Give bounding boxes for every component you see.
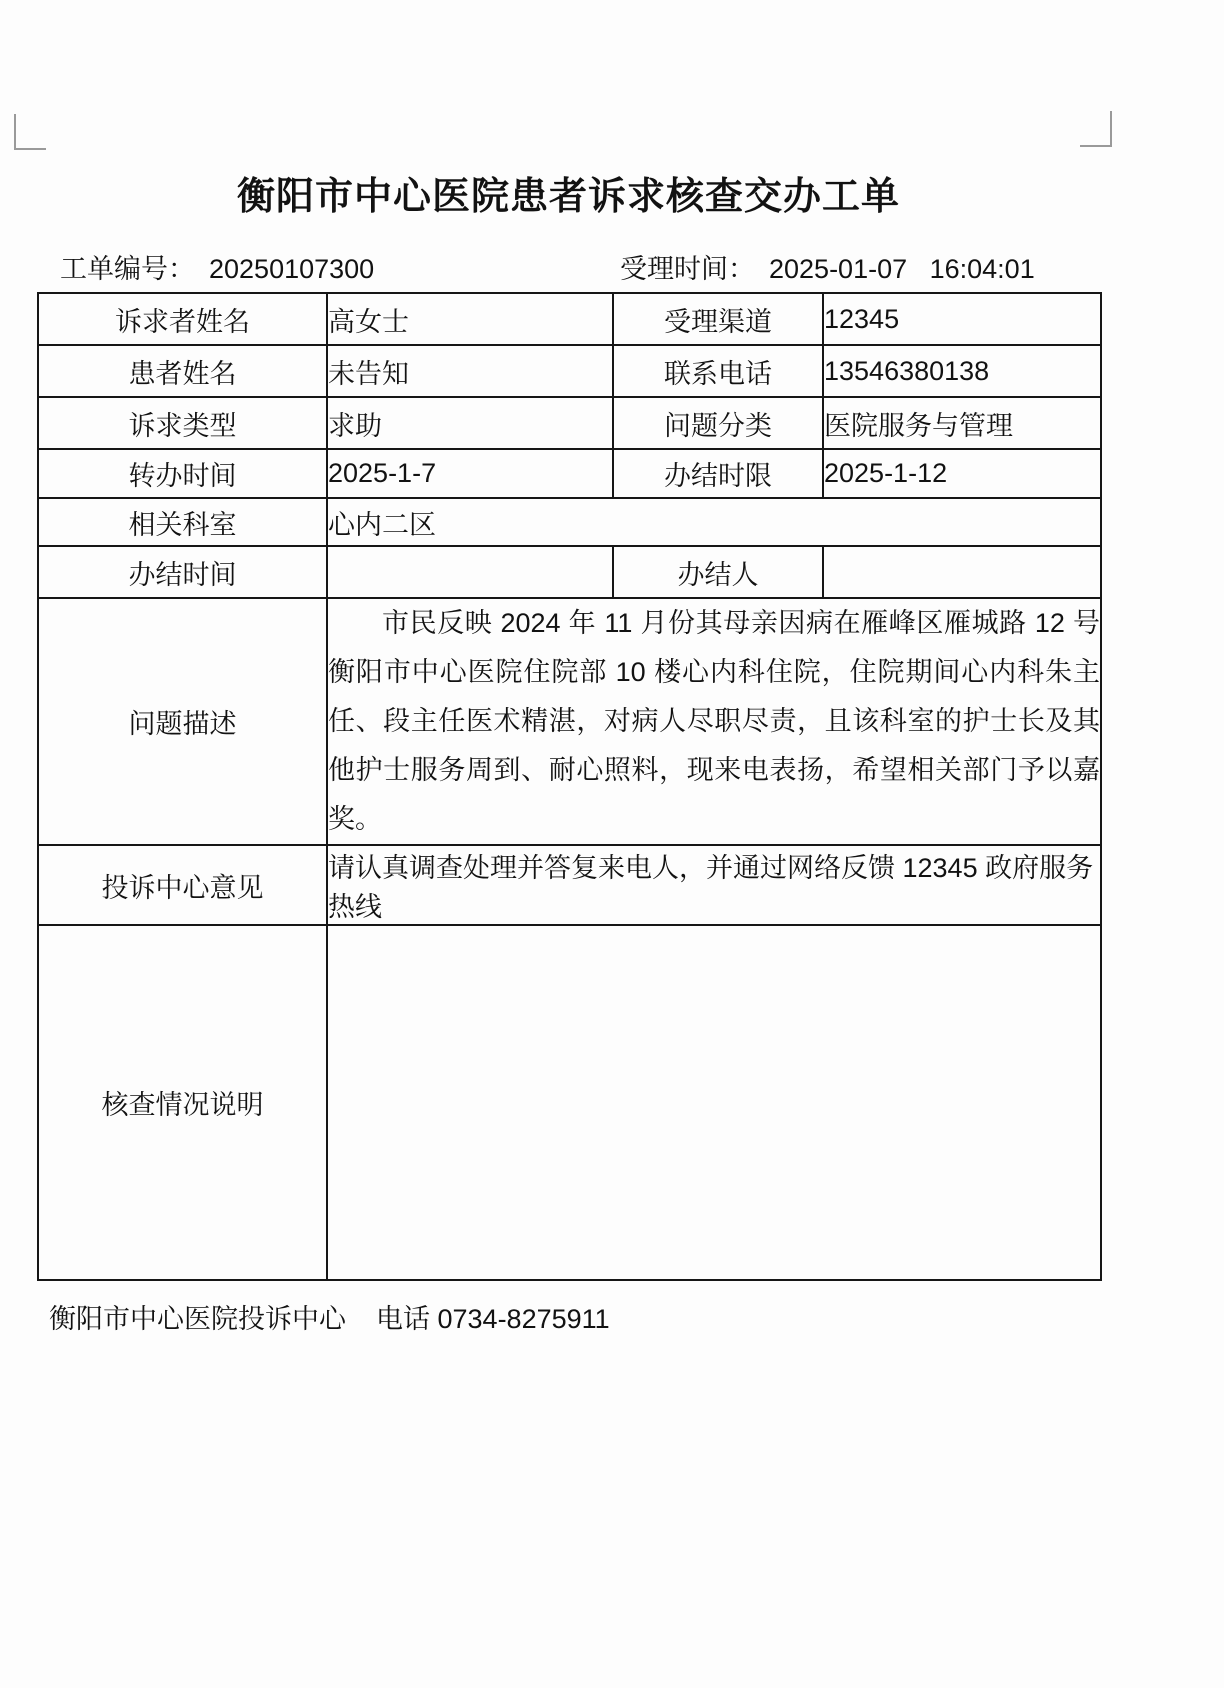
center-opinion-value: 请认真调查处理并答复来电人，并通过网络反馈 12345 政府服务热线 <box>327 845 1101 925</box>
contact-phone-value: 13546380138 <box>823 345 1101 397</box>
table-row-verification: 核查情况说明 <box>38 925 1101 1280</box>
deadline-value: 2025-1-12 <box>823 449 1101 498</box>
closer-value <box>823 546 1101 598</box>
footer-contact: 衡阳市中心医院投诉中心 电话 0734-8275911 <box>49 1297 610 1336</box>
department-value: 心内二区 <box>327 498 1101 546</box>
problem-category-value: 医院服务与管理 <box>823 397 1101 449</box>
requester-name-value: 高女士 <box>327 293 613 345</box>
table-row-close: 办结时间 办结人 <box>38 546 1101 598</box>
order-number-label: 工单编号： <box>60 254 195 284</box>
order-number-line: 工单编号：20250107300 <box>60 247 374 286</box>
table-row-patient: 患者姓名 未告知 联系电话 13546380138 <box>38 345 1101 397</box>
accept-time-line: 受理时间：2025-01-07 16:04:01 <box>620 247 1035 286</box>
problem-description-value: 市民反映 2024 年 11 月份其母亲因病在雁峰区雁城路 12 号衡阳市中心医… <box>327 598 1101 845</box>
document-page: { "page": { "title": "衡阳市中心医院患者诉求核查交办工单"… <box>0 0 1224 1688</box>
table-row-problem-description: 问题描述 市民反映 2024 年 11 月份其母亲因病在雁峰区雁城路 12 号衡… <box>38 598 1101 845</box>
center-opinion-label: 投诉中心意见 <box>38 845 327 925</box>
table-row-center-opinion: 投诉中心意见 请认真调查处理并答复来电人，并通过网络反馈 12345 政府服务热… <box>38 845 1101 925</box>
order-number-value: 20250107300 <box>209 254 374 284</box>
department-label: 相关科室 <box>38 498 327 546</box>
accept-time-label: 受理时间： <box>620 254 755 284</box>
patient-name-value: 未告知 <box>327 345 613 397</box>
deadline-label: 办结时限 <box>613 449 823 498</box>
page-corner-mark-top-right <box>1080 111 1112 147</box>
patient-name-label: 患者姓名 <box>38 345 327 397</box>
transfer-time-value: 2025-1-7 <box>327 449 613 498</box>
page-corner-mark-top-left <box>14 114 46 150</box>
table-row-transfer-time: 转办时间 2025-1-7 办结时限 2025-1-12 <box>38 449 1101 498</box>
request-type-label: 诉求类型 <box>38 397 327 449</box>
table-row-department: 相关科室 心内二区 <box>38 498 1101 546</box>
closer-label: 办结人 <box>613 546 823 598</box>
verification-value <box>327 925 1101 1280</box>
close-time-value <box>327 546 613 598</box>
table-row-request-type: 诉求类型 求助 问题分类 医院服务与管理 <box>38 397 1101 449</box>
request-type-value: 求助 <box>327 397 613 449</box>
verification-label: 核查情况说明 <box>38 925 327 1280</box>
transfer-time-label: 转办时间 <box>38 449 327 498</box>
contact-phone-label: 联系电话 <box>613 345 823 397</box>
accept-channel-value: 12345 <box>823 293 1101 345</box>
table-row-requester: 诉求者姓名 高女士 受理渠道 12345 <box>38 293 1101 345</box>
problem-description-label: 问题描述 <box>38 598 327 845</box>
accept-time-value: 2025-01-07 16:04:01 <box>769 254 1035 284</box>
page-title: 衡阳市中心医院患者诉求核查交办工单 <box>37 165 1100 220</box>
accept-channel-label: 受理渠道 <box>613 293 823 345</box>
requester-name-label: 诉求者姓名 <box>38 293 327 345</box>
work-order-table: 诉求者姓名 高女士 受理渠道 12345 患者姓名 未告知 联系电话 13546… <box>37 292 1102 1281</box>
problem-category-label: 问题分类 <box>613 397 823 449</box>
close-time-label: 办结时间 <box>38 546 327 598</box>
